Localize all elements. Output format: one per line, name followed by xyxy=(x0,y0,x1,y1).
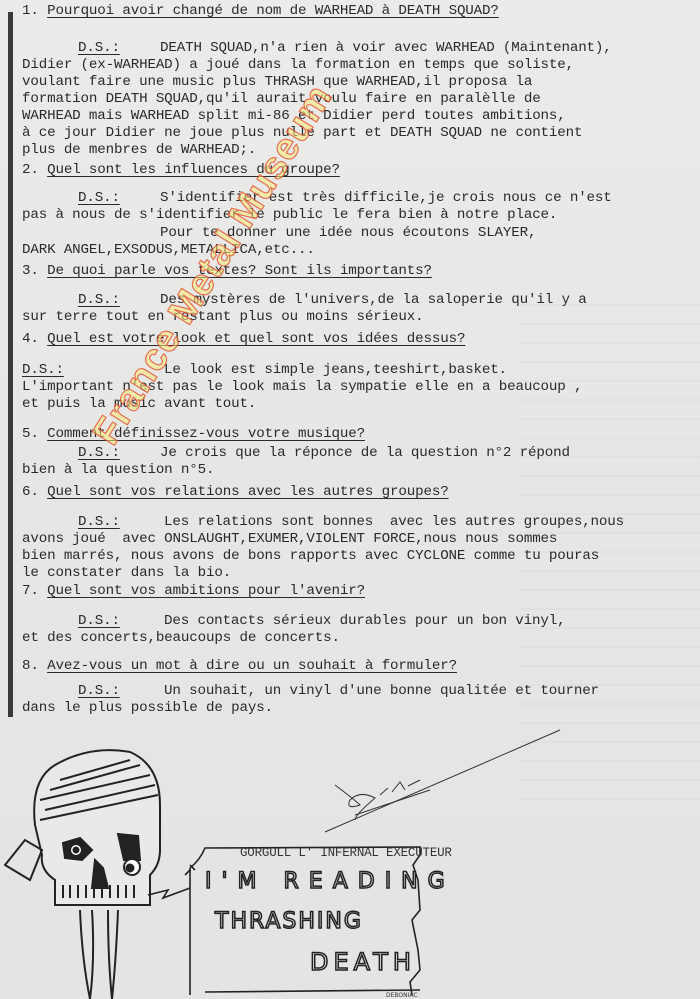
artist-signature: DEBONIAC xyxy=(386,992,418,999)
answer-label: D.S.: xyxy=(78,613,120,630)
skull-drawing xyxy=(5,750,160,999)
interviewee-label: D.S.: xyxy=(78,613,120,629)
answer-line: bien à la question n°5. xyxy=(22,462,214,479)
question-number: 5. xyxy=(22,426,39,442)
answer-line: à ce jour Didier ne joue plus nulle part… xyxy=(22,125,582,142)
answer-line: bien marrés, nous avons de bons rapports… xyxy=(22,548,599,565)
answer-line: Le look est simple jeans,teeshirt,basket… xyxy=(164,362,507,379)
question-7: 7. Quel sont vos ambitions pour l'avenir… xyxy=(22,583,365,600)
answer-label: D.S.: xyxy=(78,514,120,531)
answer-line: Des contacts sérieux durables pour un bo… xyxy=(164,613,565,630)
sign-line-3: DEATH xyxy=(310,948,416,976)
question-text: Avez-vous un mot à dire ou un souhait à … xyxy=(47,658,457,674)
interviewee-label: D.S.: xyxy=(78,190,120,206)
interviewee-label: D.S.: xyxy=(78,445,120,461)
question-8: 8. Avez-vous un mot à dire ou un souhait… xyxy=(22,658,457,675)
question-1: 1. Pourquoi avoir changé de nom de WARHE… xyxy=(22,3,499,20)
answer-line: Pour te donner une idée nous écoutons SL… xyxy=(160,225,536,242)
interviewee-label: D.S.: xyxy=(78,292,120,308)
question-text: Quel sont vos relations avec les autres … xyxy=(47,484,448,500)
answer-line: Didier (ex-WARHEAD) a joué dans la forma… xyxy=(22,57,574,74)
question-2: 2. Quel sont les influences du groupe? xyxy=(22,162,340,179)
answer-line: Les relations sont bonnes avec les autre… xyxy=(164,514,624,531)
question-text: Quel sont vos ambitions pour l'avenir? xyxy=(47,583,365,599)
illustration-caption: GORGULL L' INFERNAL EXECUTEUR xyxy=(240,846,452,860)
signature-scribble xyxy=(325,730,560,832)
answer-line: le constater dans la bio. xyxy=(22,565,231,582)
answer-line: et des concerts,beaucoups de concerts. xyxy=(22,630,340,647)
answer-line: DARK ANGEL,EXSODUS,METALLICA,etc... xyxy=(22,242,315,259)
answer-line: avons joué avec ONSLAUGHT,EXUMER,VIOLENT… xyxy=(22,531,557,548)
question-3: 3. De quoi parle vos textes? Sont ils im… xyxy=(22,263,432,280)
answer-label: D.S.: xyxy=(78,292,120,309)
answer-label: D.S.: xyxy=(78,40,120,57)
question-number: 4. xyxy=(22,331,39,347)
answer-label: D.S.: xyxy=(78,190,120,207)
question-text: Quel sont les influences du groupe? xyxy=(47,162,340,178)
answer-line: WARHEAD mais WARHEAD split mi-86 et Didi… xyxy=(22,108,566,125)
question-number: 8. xyxy=(22,658,39,674)
sign-text: I'M READING THRASHING DEATH DEBONIAC xyxy=(205,869,455,999)
question-text: Quel est votre look et quel sont vos idé… xyxy=(47,331,465,347)
sign-line-1: I'M READING xyxy=(205,869,455,894)
answer-line: et puis la music avant tout. xyxy=(22,396,256,413)
scanned-page: 1. Pourquoi avoir changé de nom de WARHE… xyxy=(0,0,700,999)
question-text: De quoi parle vos textes? Sont ils impor… xyxy=(47,263,432,279)
question-text: Pourquoi avoir changé de nom de WARHEAD … xyxy=(47,3,499,19)
answer-label: D.S.: xyxy=(78,683,120,700)
answer-line: sur terre tout en restant plus ou moins … xyxy=(22,309,423,326)
question-number: 7. xyxy=(22,583,39,599)
interviewee-label: D.S.: xyxy=(78,514,120,530)
answer-line: L'important n'est pas le look mais la sy… xyxy=(22,379,582,396)
question-number: 6. xyxy=(22,484,39,500)
left-margin-bar xyxy=(8,12,13,717)
sign-line-2: THRASHING xyxy=(214,909,363,934)
answer-label: D.S.: xyxy=(78,445,120,462)
answer-label: D.S.: xyxy=(22,362,64,379)
answer-line: plus de menbres de WARHEAD;. xyxy=(22,142,256,159)
answer-line: Des mystères de l'univers,de la saloperi… xyxy=(160,292,587,309)
interviewee-label: D.S.: xyxy=(78,683,120,699)
answer-line: dans le plus possible de pays. xyxy=(22,700,273,717)
answer-line: pas à nous de s'identifier le public le … xyxy=(22,207,557,224)
question-6: 6. Quel sont vos relations avec les autr… xyxy=(22,484,449,501)
question-number: 1. xyxy=(22,3,39,19)
question-text: Comment définissez-vous votre musique? xyxy=(47,426,365,442)
answer-line: voulant faire une music plus THRASH que … xyxy=(22,74,532,91)
question-number: 2. xyxy=(22,162,39,178)
answer-line: Un souhait, un vinyl d'une bonne qualité… xyxy=(164,683,599,700)
answer-line: Je crois que la réponce de la question n… xyxy=(160,445,570,462)
question-5: 5. Comment définissez-vous votre musique… xyxy=(22,426,365,443)
interviewee-label: D.S.: xyxy=(22,362,64,378)
question-4: 4. Quel est votre look et quel sont vos … xyxy=(22,331,465,348)
answer-line: DEATH SQUAD,n'a rien à voir avec WARHEAD… xyxy=(160,40,612,57)
answer-line: S'identifier est très difficile,je crois… xyxy=(160,190,612,207)
question-number: 3. xyxy=(22,263,39,279)
interviewee-label: D.S.: xyxy=(78,40,120,56)
answer-line: formation DEATH SQUAD,qu'il aurait voulu… xyxy=(22,91,541,108)
